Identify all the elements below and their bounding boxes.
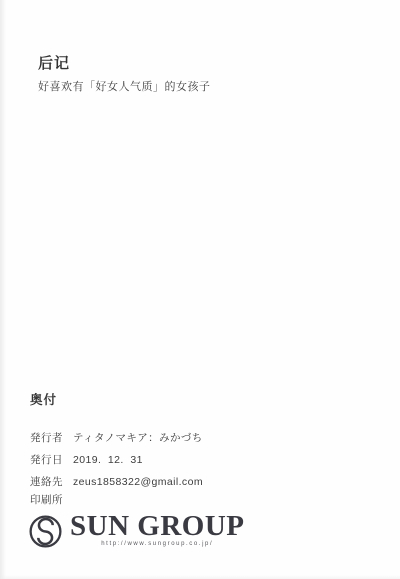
row-label: 発行日 — [30, 449, 64, 471]
sun-logo-mark-icon — [28, 514, 63, 549]
colophon-row-contact: 連絡先 zeus1858322@gmail.com — [30, 471, 203, 493]
row-label: 連絡先 — [30, 471, 64, 493]
afterword-title: 后记 — [38, 52, 70, 73]
page: 后记 好喜欢有「好女人气质」的女孩子 奥付 発行者 ティタノマキア：みかづち 発… — [0, 0, 400, 579]
colophon-rows: 発行者 ティタノマキア：みかづち 発行日 2019. 12. 31 連絡先 ze… — [30, 427, 203, 493]
printer-name: SUN GROUP — [70, 513, 244, 540]
sun-group-logo: SUN GROUP http://www.sungroup.co.jp/ — [28, 513, 244, 549]
row-value: zeus1858322@gmail.com — [73, 471, 203, 493]
row-value: ティタノマキア：みかづち — [73, 427, 203, 449]
colophon-title: 奥付 — [30, 390, 57, 408]
row-label: 発行者 — [30, 427, 64, 449]
colophon-row-publisher: 発行者 ティタノマキア：みかづち — [30, 427, 203, 449]
printer-section-label: 印刷所 — [30, 492, 63, 507]
colophon-row-date: 発行日 2019. 12. 31 — [30, 449, 203, 471]
printer-logo-text: SUN GROUP http://www.sungroup.co.jp/ — [70, 513, 244, 547]
afterword-note: 好喜欢有「好女人气质」的女孩子 — [38, 78, 211, 94]
row-value: 2019. 12. 31 — [73, 449, 143, 471]
printer-url: http://www.sungroup.co.jp/ — [101, 541, 213, 547]
